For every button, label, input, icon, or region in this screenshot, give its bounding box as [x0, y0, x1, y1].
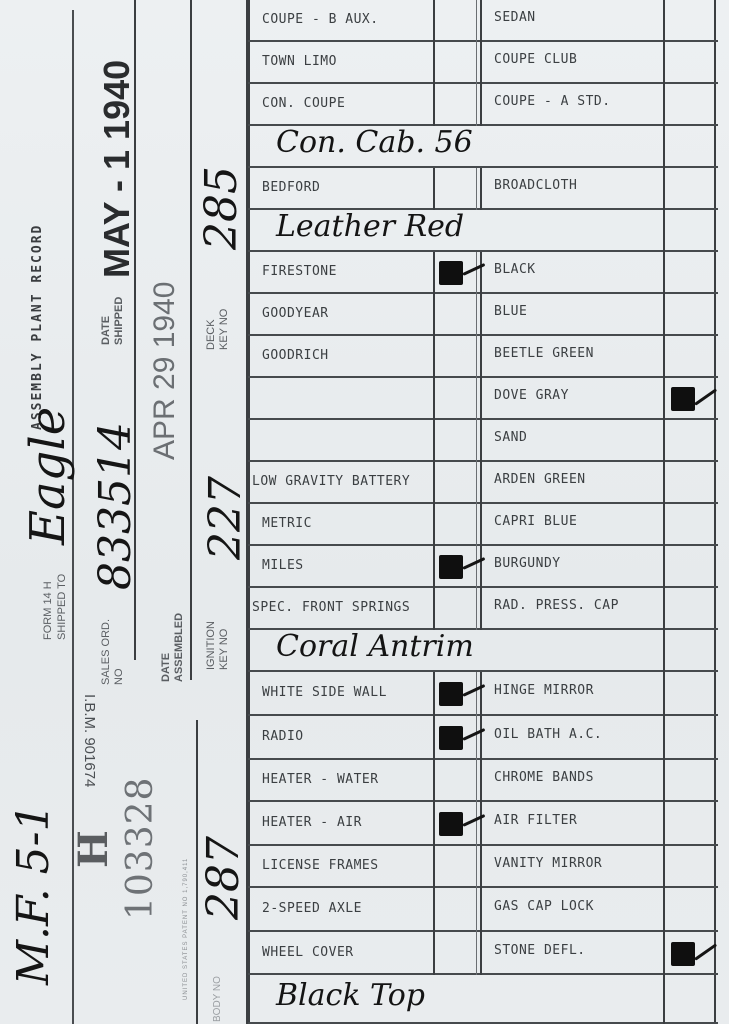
option-checkbox-left[interactable] — [435, 84, 476, 126]
option-checkbox-right[interactable] — [665, 760, 715, 802]
handwritten-row: Leather Red — [248, 210, 718, 252]
divider-line — [480, 42, 482, 84]
check-mark-icon — [439, 682, 463, 706]
divider-line — [476, 546, 477, 588]
option-label-left: HEATER - WATER — [262, 772, 379, 787]
table-row: CON. COUPECOUPE - A STD. — [248, 84, 718, 126]
check-mark-icon — [439, 555, 463, 579]
check-mark-icon — [439, 261, 463, 285]
option-checkbox-left[interactable] — [435, 504, 476, 546]
handwritten-entry: Con. Cab. 56 — [276, 125, 473, 160]
ignition-key-value: 227 — [200, 476, 251, 560]
option-label-right: VANITY MIRROR — [494, 856, 602, 871]
handwritten-note: M.F. 5-1 — [8, 803, 59, 985]
divider-line — [480, 294, 482, 336]
option-label-right: COUPE - A STD. — [494, 94, 611, 109]
option-label-left: 2-SPEED AXLE — [262, 901, 362, 916]
divider-line — [480, 252, 482, 294]
divider-line — [663, 975, 665, 1024]
divider-line — [476, 84, 477, 126]
table-row: MILESBURGUNDY — [248, 546, 718, 588]
option-checkbox-right[interactable] — [665, 846, 715, 888]
option-label-left: FIRESTONE — [262, 264, 337, 279]
option-checkbox-right[interactable] — [665, 420, 715, 462]
check-mark-icon — [439, 812, 463, 836]
divider-line — [663, 126, 665, 168]
form-number-label: FORM 14 H — [42, 581, 54, 640]
divider-line — [476, 846, 477, 888]
option-checkbox-left[interactable] — [435, 168, 476, 210]
patent-text: UNITED STATES PATENT NO 1,790,411 — [183, 858, 189, 1000]
option-label-right: BLACK — [494, 262, 536, 277]
option-label-left: TOWN LIMO — [262, 54, 337, 69]
option-label-right: DOVE GRAY — [494, 388, 569, 403]
table-row: SPEC. FRONT SPRINGSRAD. PRESS. CAP — [248, 588, 718, 630]
table-row: METRICCAPRI BLUE — [248, 504, 718, 546]
table-row: WHITE SIDE WALLHINGE MIRROR — [248, 672, 718, 716]
divider-line — [480, 420, 482, 462]
deck-key-label: DECK KEY NO — [205, 308, 231, 350]
divider-line — [476, 760, 477, 802]
option-label-right: BEETLE GREEN — [494, 346, 594, 361]
divider-line — [480, 588, 482, 630]
deck-key-value: 285 — [196, 166, 247, 250]
divider-line — [476, 378, 477, 420]
divider-line — [480, 168, 482, 210]
table-row: COUPE - B AUX.SEDAN — [248, 0, 718, 42]
option-checkbox-right[interactable] — [665, 0, 715, 42]
table-row: 2-SPEED AXLEGAS CAP LOCK — [248, 888, 718, 932]
divider-line — [480, 760, 482, 802]
option-label-right: BROADCLOTH — [494, 178, 577, 193]
table-row: WHEEL COVERSTONE DEFL. — [248, 932, 718, 975]
divider-line — [480, 0, 482, 42]
option-label-right: AIR FILTER — [494, 813, 577, 828]
date-shipped-label: DATE SHIPPED — [100, 297, 126, 345]
option-label-left: COUPE - B AUX. — [262, 12, 379, 27]
divider-line — [190, 0, 192, 680]
option-checkbox-right[interactable] — [665, 802, 715, 846]
option-label-right: SEDAN — [494, 10, 536, 25]
option-label-right: COUPE CLUB — [494, 52, 577, 67]
option-label-left: RADIO — [262, 729, 304, 744]
option-label-left: LICENSE FRAMES — [262, 858, 379, 873]
serial-number: 103328 — [120, 777, 161, 920]
option-label-right: OIL BATH A.C. — [494, 727, 602, 742]
option-checkbox-left[interactable] — [435, 294, 476, 336]
table-row: GOODRICHBEETLE GREEN — [248, 336, 718, 378]
option-checkbox-right[interactable] — [665, 84, 715, 126]
options-table: COUPE - B AUX.SEDANTOWN LIMOCOUPE CLUBCO… — [248, 0, 718, 1024]
divider-line — [663, 630, 665, 672]
divider-line — [476, 42, 477, 84]
option-checkbox-left[interactable] — [435, 336, 476, 378]
check-mark-icon — [671, 387, 695, 411]
table-row: DOVE GRAY — [248, 378, 718, 420]
option-label-right: GAS CAP LOCK — [494, 899, 594, 914]
divider-line — [476, 802, 477, 846]
option-checkbox-right[interactable] — [665, 504, 715, 546]
divider-line — [480, 336, 482, 378]
handwritten-row: Con. Cab. 56 — [248, 126, 718, 168]
option-label-left: SPEC. FRONT SPRINGS — [252, 600, 410, 615]
option-label-right: HINGE MIRROR — [494, 683, 594, 698]
table-row: RADIOOIL BATH A.C. — [248, 716, 718, 760]
option-label-left: GOODRICH — [262, 348, 329, 363]
assembly-plant-record-card: ASSEMBLY PLANT RECORD FORM 14 H SHIPPED … — [0, 0, 729, 1024]
divider-line — [480, 888, 482, 932]
option-label-right: SAND — [494, 430, 527, 445]
divider-line — [480, 672, 482, 716]
divider-line — [476, 168, 477, 210]
option-label-left: MILES — [262, 558, 304, 573]
option-checkbox-left[interactable] — [435, 462, 476, 504]
divider-line — [476, 716, 477, 760]
check-mark-icon — [439, 726, 463, 750]
option-checkbox-left[interactable] — [435, 760, 476, 802]
divider-line — [480, 378, 482, 420]
option-checkbox-right[interactable] — [665, 672, 715, 716]
option-label-left: HEATER - AIR — [262, 815, 362, 830]
form-title: ASSEMBLY PLANT RECORD — [30, 224, 45, 430]
option-label-right: CHROME BANDS — [494, 770, 594, 785]
option-label-right: BURGUNDY — [494, 556, 561, 571]
divider-line — [476, 932, 477, 975]
divider-line — [476, 0, 477, 42]
date-assembled-value: APR 29 1940 — [148, 282, 182, 460]
option-checkbox-left[interactable] — [435, 378, 476, 420]
option-label-left: BEDFORD — [262, 180, 320, 195]
sales-ord-value: 833514 — [90, 422, 141, 590]
table-row: LICENSE FRAMESVANITY MIRROR — [248, 846, 718, 888]
option-checkbox-left[interactable] — [435, 42, 476, 84]
option-checkbox-right[interactable] — [665, 716, 715, 760]
option-checkbox-left[interactable] — [435, 846, 476, 888]
body-no-label: BODY NO — [212, 976, 223, 1022]
shipped-to-label: SHIPPED TO — [56, 574, 68, 640]
handwritten-entry: Leather Red — [276, 209, 464, 244]
option-checkbox-left[interactable] — [435, 0, 476, 42]
handwritten-entry: Black Top — [276, 978, 425, 1013]
serial-prefix: H — [70, 830, 117, 868]
option-label-right: CAPRI BLUE — [494, 514, 577, 529]
divider-line — [476, 294, 477, 336]
table-row: LOW GRAVITY BATTERYARDEN GREEN — [248, 462, 718, 504]
handwritten-row: Black Top — [248, 975, 718, 1024]
body-no-value: 287 — [198, 836, 249, 920]
option-checkbox-right[interactable] — [665, 888, 715, 932]
handwritten-entry: Coral Antrim — [276, 629, 474, 664]
divider-line — [480, 462, 482, 504]
divider-line — [663, 210, 665, 252]
option-label-left: CON. COUPE — [262, 96, 345, 111]
divider-line — [476, 252, 477, 294]
divider-line — [476, 336, 477, 378]
option-label-left: GOODYEAR — [262, 306, 329, 321]
option-checkbox-right[interactable] — [665, 462, 715, 504]
option-label-right: ARDEN GREEN — [494, 472, 586, 487]
option-checkbox-left[interactable] — [435, 932, 476, 975]
divider-line — [476, 420, 477, 462]
option-checkbox-left[interactable] — [435, 888, 476, 932]
option-checkbox-right[interactable] — [665, 336, 715, 378]
divider-line — [476, 462, 477, 504]
option-label-left: WHITE SIDE WALL — [262, 685, 387, 700]
divider-line — [476, 504, 477, 546]
table-row: BEDFORDBROADCLOTH — [248, 168, 718, 210]
option-checkbox-right[interactable] — [665, 294, 715, 336]
option-label-left: LOW GRAVITY BATTERY — [252, 474, 410, 489]
ignition-key-label: IGNITION KEY NO — [205, 610, 231, 670]
divider-line — [480, 84, 482, 126]
handwritten-row: Coral Antrim — [248, 630, 718, 672]
divider-line — [480, 932, 482, 975]
divider-line — [476, 888, 477, 932]
option-checkbox-left[interactable] — [435, 588, 476, 630]
option-label-left: METRIC — [262, 516, 312, 531]
option-checkbox-right[interactable] — [665, 252, 715, 294]
table-row: SAND — [248, 420, 718, 462]
option-checkbox-left[interactable] — [435, 420, 476, 462]
table-row: HEATER - WATERCHROME BANDS — [248, 760, 718, 802]
divider-line — [476, 588, 477, 630]
divider-line — [480, 504, 482, 546]
shipped-to-value: Eagle — [20, 407, 76, 545]
table-row: FIRESTONEBLACK — [248, 252, 718, 294]
divider-line — [480, 846, 482, 888]
option-label-right: STONE DEFL. — [494, 943, 586, 958]
divider-line — [476, 672, 477, 716]
date-assembled-label: DATE ASSEMBLED — [160, 612, 186, 682]
table-row: TOWN LIMOCOUPE CLUB — [248, 42, 718, 84]
divider-line — [480, 716, 482, 760]
table-row: GOODYEARBLUE — [248, 294, 718, 336]
option-checkbox-right[interactable] — [665, 588, 715, 630]
option-checkbox-right[interactable] — [665, 168, 715, 210]
ibm-number: I.B.M. 901674 — [81, 694, 98, 787]
check-mark-icon — [671, 942, 695, 966]
date-shipped-value: MAY - 1 1940 — [96, 60, 138, 278]
option-label-left: WHEEL COVER — [262, 945, 354, 960]
option-checkbox-right[interactable] — [665, 42, 715, 84]
option-label-right: BLUE — [494, 304, 527, 319]
option-label-right: RAD. PRESS. CAP — [494, 598, 619, 613]
divider-line — [480, 802, 482, 846]
sales-ord-label: SALES ORD. NO — [100, 605, 126, 685]
option-checkbox-right[interactable] — [665, 546, 715, 588]
table-row: HEATER - AIRAIR FILTER — [248, 802, 718, 846]
divider-line — [480, 546, 482, 588]
